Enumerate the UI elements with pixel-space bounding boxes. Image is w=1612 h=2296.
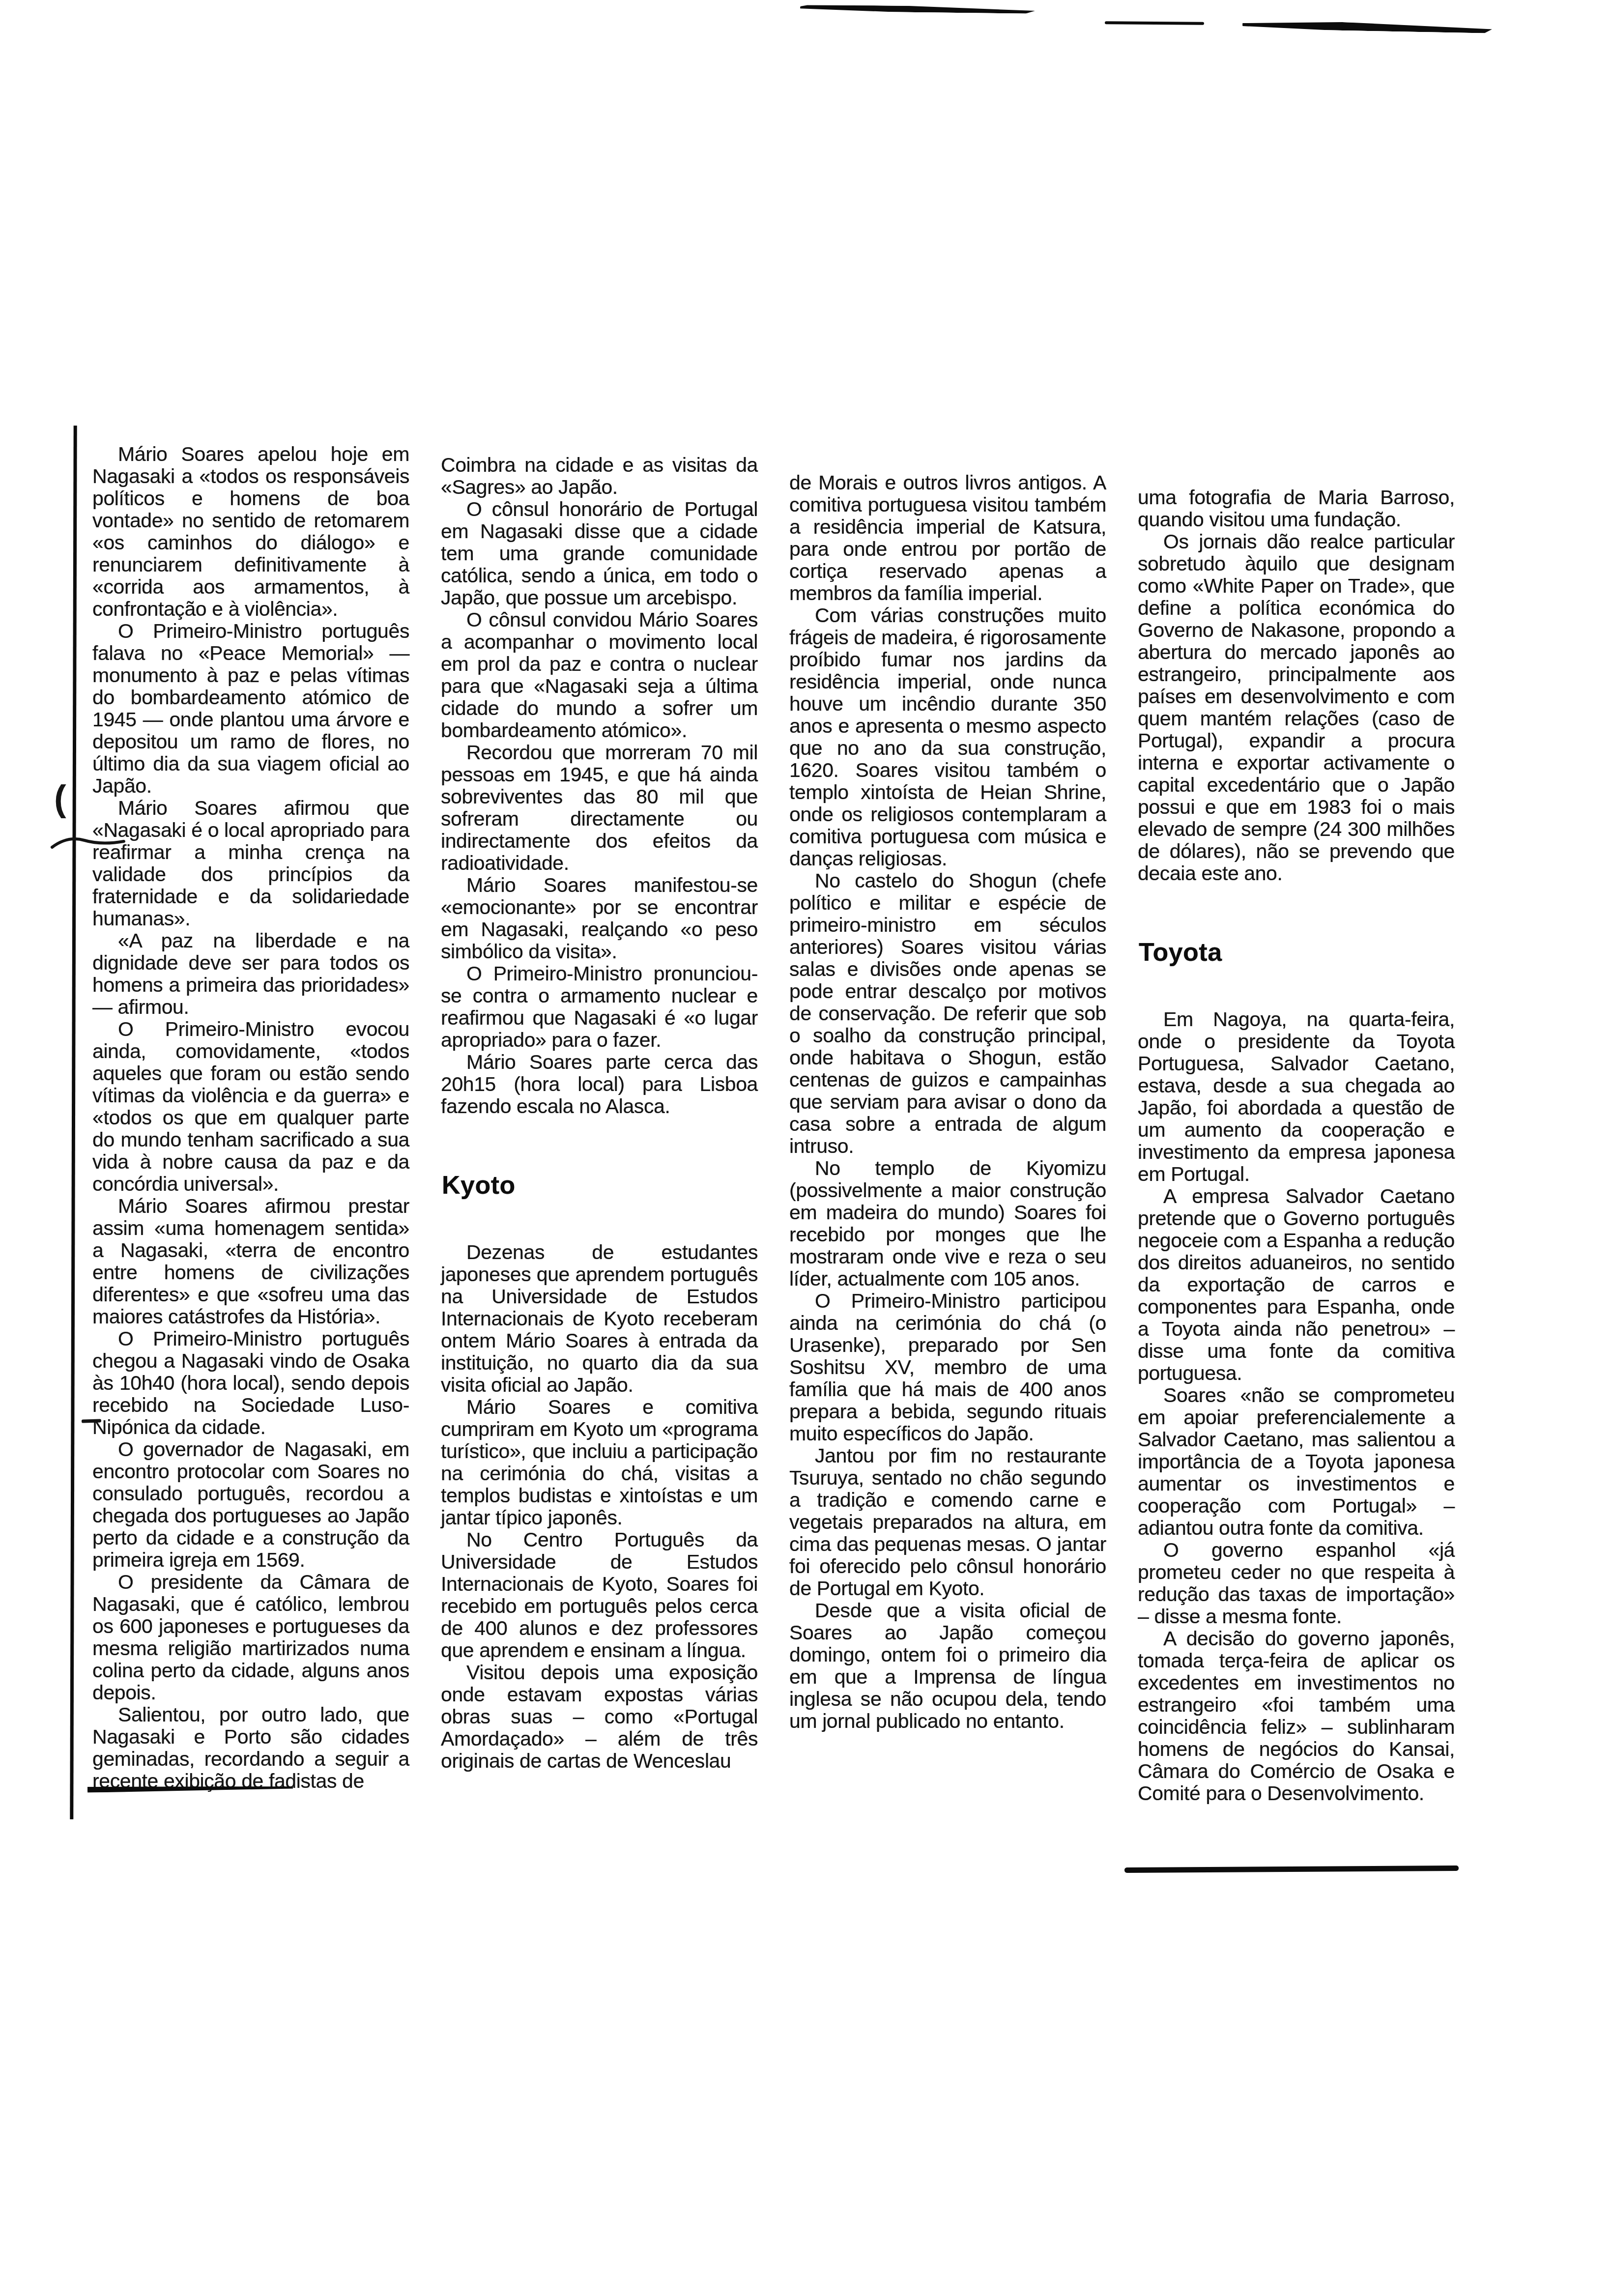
paragraph: Mário Soares afirmou prestar assim «uma … bbox=[92, 1195, 409, 1328]
paragraph: Desde que a visita oficial de Soares ao … bbox=[789, 1600, 1106, 1732]
newspaper-page: ( Mário Soares apelou hoje em Nagasaki a… bbox=[0, 0, 1612, 2296]
paragraph: Mário Soares e comitiva cumpriram em Kyo… bbox=[441, 1396, 758, 1529]
paragraph: O Primeiro-Ministro português chegou a N… bbox=[92, 1328, 409, 1438]
top-rule-left bbox=[800, 4, 1035, 14]
paragraph: Salientou, por outro lado, que Nagasaki … bbox=[92, 1704, 409, 1792]
paragraph: O Primeiro-Ministro evocou ainda, comovi… bbox=[92, 1018, 409, 1195]
top-rule-mid bbox=[1105, 21, 1204, 25]
paragraph: Jantou por fim no restaurante Tsuruya, s… bbox=[789, 1445, 1106, 1600]
paragraph: Os jornais dão realce particular sobretu… bbox=[1138, 531, 1455, 885]
paragraph: No Centro Português da Universidade de E… bbox=[441, 1529, 758, 1662]
paragraph: O governo espanhol «já prometeu ceder no… bbox=[1138, 1539, 1455, 1628]
paragraph: Dezenas de estudantes japoneses que apre… bbox=[441, 1241, 758, 1396]
paragraph: O cônsul convidou Mário Soares a acompan… bbox=[441, 609, 758, 742]
section-heading: Kyoto bbox=[442, 1173, 758, 1198]
top-rule-right bbox=[1242, 20, 1492, 33]
paragraph: Soares «não se comprometeu em apoiar pre… bbox=[1138, 1384, 1455, 1539]
paragraph: A decisão do governo japonês, tomada ter… bbox=[1138, 1628, 1455, 1805]
text-column-2: Coimbra na cidade e as visitas da «Sagre… bbox=[441, 443, 758, 1805]
paragraph: Mário Soares manifestou-se «emocionante»… bbox=[441, 874, 758, 963]
paragraph: de Morais e outros livros antigos. A com… bbox=[789, 472, 1106, 604]
paragraph: Com várias construções muito frágeis de … bbox=[789, 604, 1106, 870]
paragraph: O governador de Nagasaki, em encontro pr… bbox=[92, 1438, 409, 1571]
text-column-1: Mário Soares apelou hoje em Nagasaki a «… bbox=[92, 443, 409, 1805]
paragraph: O Primeiro-Ministro pronunciou-se contra… bbox=[441, 963, 758, 1051]
paragraph: O Primeiro-Ministro português falava no … bbox=[92, 620, 409, 797]
paragraph: No templo de Kiyomizu (possivelmente a m… bbox=[789, 1157, 1106, 1290]
paragraph: O presidente da Câmara de Nagasaki, que … bbox=[92, 1571, 409, 1704]
text-column-4: uma fotografia de Maria Barroso, quando … bbox=[1138, 443, 1455, 1805]
paragraph: Visitou depois uma exposição onde estava… bbox=[441, 1662, 758, 1772]
paragraph: Coimbra na cidade e as visitas da «Sagre… bbox=[441, 454, 758, 498]
section-heading: Toyota bbox=[1139, 940, 1455, 965]
paragraph: Mário Soares parte cerca das 20h15 (hora… bbox=[441, 1051, 758, 1118]
paragraph: «A paz na liberdade e na dignidade deve … bbox=[92, 930, 409, 1018]
paragraph: O Primeiro-Ministro participou ainda na … bbox=[789, 1290, 1106, 1445]
paragraph: No castelo do Shogun (chefe político e m… bbox=[789, 870, 1106, 1157]
paragraph: Mário Soares apelou hoje em Nagasaki a «… bbox=[92, 443, 409, 620]
paragraph: uma fotografia de Maria Barroso, quando … bbox=[1138, 487, 1455, 531]
margin-paren-mark: ( bbox=[54, 777, 66, 819]
paragraph: O cônsul honorário de Portugal em Nagasa… bbox=[441, 498, 758, 609]
bottom-rule-right bbox=[1124, 1865, 1459, 1873]
paragraph: Recordou que morreram 70 mil pessoas em … bbox=[441, 742, 758, 874]
left-vertical-rule bbox=[70, 426, 77, 1819]
article-text-area: Mário Soares apelou hoje em Nagasaki a «… bbox=[92, 443, 1455, 1805]
paragraph: Em Nagoya, na quarta-feira, onde o presi… bbox=[1138, 1008, 1455, 1185]
text-column-3: de Morais e outros livros antigos. A com… bbox=[789, 443, 1106, 1805]
paragraph: A empresa Salvador Caetano pretende que … bbox=[1138, 1185, 1455, 1384]
paragraph: Mário Soares afirmou que «Nagasaki é o l… bbox=[92, 797, 409, 930]
